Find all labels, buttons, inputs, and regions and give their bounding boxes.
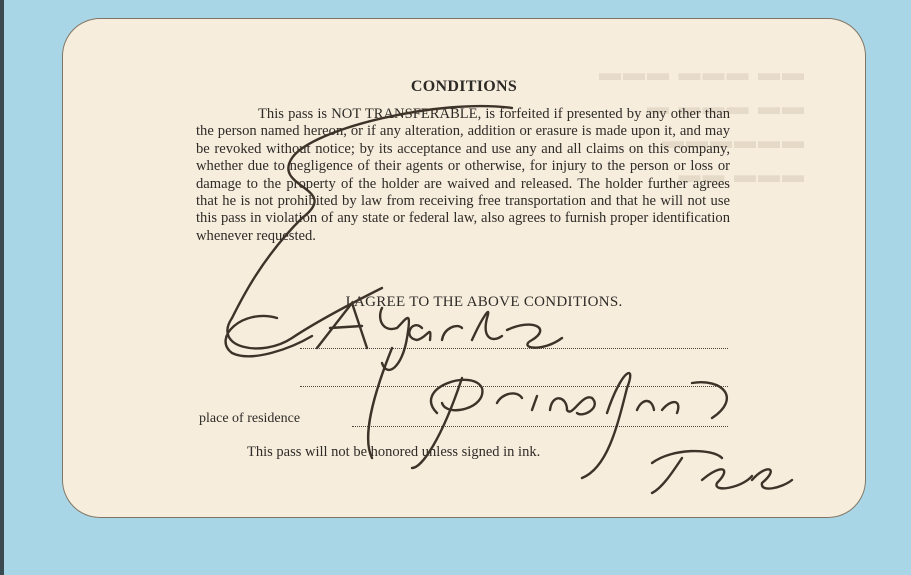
residence-label: place of residence [199,411,300,427]
signature-line[interactable] [300,348,728,349]
ink-notice: This pass will not be honored unless sig… [247,444,540,461]
conditions-text: This pass is NOT TRANSFERABLE, is forfei… [196,106,730,245]
conditions-title: CONDITIONS [62,78,866,96]
signature-line-2[interactable] [300,386,728,387]
agreement-statement: I AGREE TO THE ABOVE CONDITIONS. [62,294,866,311]
railroad-pass-card: ▬▬▬ ▬▬▬ ▬▬▬ ▬▬▬ ▬▬▬▬▬▬▬▬▬▬ ▬▬▬ CONDITION… [62,18,866,518]
residence-line[interactable] [352,426,728,427]
scan-edge [0,0,4,575]
